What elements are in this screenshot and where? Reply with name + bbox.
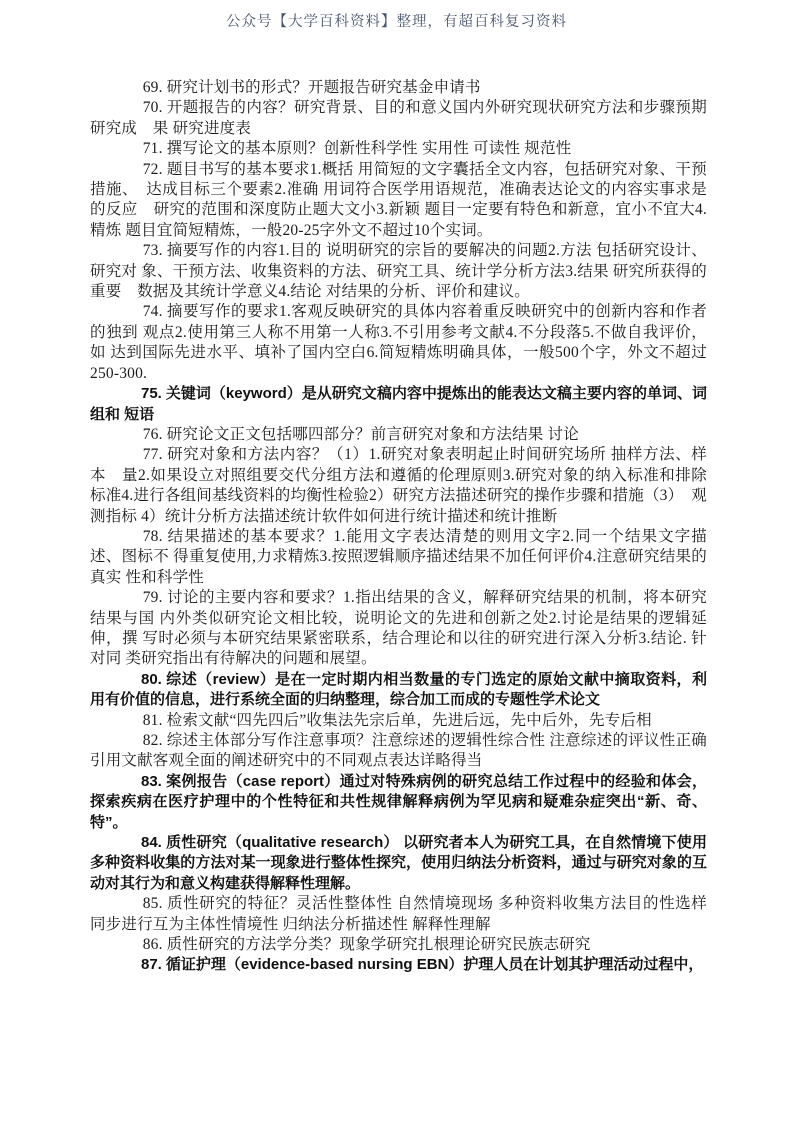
item-77: 77.研究对象和方法内容？（1）1.研究对象表明起止时间研究场所 抽样方法、样本…	[90, 445, 707, 527]
item-text: 案例报告（case report）通过对特殊病例的研究总结工作过程中的经验和体会…	[90, 773, 707, 831]
item-number: 74.	[143, 303, 167, 320]
item-number: 69.	[143, 79, 167, 96]
item-70: 70.开题报告的内容？研究背景、目的和意义国内外研究现状研究方法和步骤预期研究成…	[90, 98, 707, 139]
item-text: 循证护理（evidence-based nursing EBN）护理人员在计划其…	[166, 956, 704, 973]
item-text: 撰写论文的基本原则？创新性科学性 实用性 可读性 规范性	[167, 140, 572, 157]
item-text: 综述主体部分写作注意事项？注意综述的逻辑性综合性 注意综述的评议性正确引用文献客…	[90, 732, 707, 769]
item-number: 79.	[143, 589, 167, 606]
item-text: 开题报告的内容？研究背景、目的和意义国内外研究现状研究方法和步骤预期研究成 果 …	[90, 99, 707, 136]
item-number: 71.	[143, 140, 167, 157]
item-text: 题目书写的基本要求1.概括 用简短的文字囊括全文内容，包括研究对象、干预措施、 …	[90, 161, 723, 239]
item-79: 79.讨论的主要内容和要求？1.指出结果的含义，解释研究结果的机制，将本研究结果…	[90, 588, 707, 670]
item-number: 76.	[143, 426, 167, 443]
item-number: 81.	[143, 712, 167, 729]
item-text: 研究计划书的形式？开题报告研究基金申请书	[167, 79, 481, 96]
item-text: 质性研究的特征？灵活性整体性 自然情境现场 多种资料收集方法目的性选样 同步进行…	[90, 895, 707, 932]
item-72: 72.题目书写的基本要求1.概括 用简短的文字囊括全文内容，包括研究对象、干预措…	[90, 160, 707, 242]
item-75: 75.关键词（keyword）是从研究文稿内容中提炼出的能表达文稿主要内容的单词…	[90, 384, 707, 425]
page-header-watermark: 公众号【大学百科资料】整理，有超百科复习资料	[0, 0, 793, 31]
item-text: 关键词（keyword）是从研究文稿内容中提炼出的能表达文稿主要内容的单词、词组…	[90, 385, 707, 422]
item-text: 摘要写作的要求1.客观反映研究的具体内容着重反映研究中的创新内容和作者的独到 观…	[90, 303, 707, 381]
item-number: 84.	[141, 834, 166, 851]
item-text: 摘要写作的内容1.目的 说明研究的宗旨的要解决的问题2.方法 包括研究设计、研究…	[90, 242, 707, 300]
item-text: 综述（review）是在一定时期内相当数量的专门选定的原始文献中摘取资料，利用有…	[90, 671, 707, 708]
item-number: 82.	[143, 732, 167, 749]
item-76: 76.研究论文正文包括哪四部分？前言研究对象和方法结果 讨论	[90, 425, 707, 445]
item-number: 80.	[141, 671, 166, 688]
item-number: 73.	[143, 242, 167, 259]
item-85: 85.质性研究的特征？灵活性整体性 自然情境现场 多种资料收集方法目的性选样 同…	[90, 894, 707, 935]
item-text: 研究对象和方法内容？（1）1.研究对象表明起止时间研究场所 抽样方法、样本 量2…	[90, 446, 707, 524]
item-number: 70.	[143, 99, 167, 116]
item-78: 78.结果描述的基本要求？1.能用文字表达清楚的则用文字2.同一个结果文字描述、…	[90, 527, 707, 588]
item-number: 78.	[143, 528, 167, 545]
item-text: 质性研究的方法学分类？现象学研究扎根理论研究民族志研究	[167, 936, 591, 953]
item-number: 72.	[143, 161, 167, 178]
item-84: 84.质性研究（qualitative research） 以研究者本人为研究工…	[90, 833, 707, 894]
item-number: 77.	[143, 446, 167, 463]
item-number: 75.	[141, 385, 166, 402]
item-86: 86.质性研究的方法学分类？现象学研究扎根理论研究民族志研究	[90, 935, 707, 955]
item-number: 86.	[143, 936, 167, 953]
item-text: 检索文献“四先四后”收集法先宗后单，先进后远，先中后外，先专后相	[167, 712, 652, 729]
document-page: 公众号【大学百科资料】整理，有超百科复习资料 69.研究计划书的形式？开题报告研…	[0, 0, 793, 1122]
item-71: 71.撰写论文的基本原则？创新性科学性 实用性 可读性 规范性	[90, 139, 707, 159]
item-83: 83.案例报告（case report）通过对特殊病例的研究总结工作过程中的经验…	[90, 772, 707, 833]
item-74: 74.摘要写作的要求1.客观反映研究的具体内容着重反映研究中的创新内容和作者的独…	[90, 302, 707, 384]
item-73: 73.摘要写作的内容1.目的 说明研究的宗旨的要解决的问题2.方法 包括研究设计…	[90, 241, 707, 302]
item-text: 研究论文正文包括哪四部分？前言研究对象和方法结果 讨论	[167, 426, 579, 443]
item-82: 82.综述主体部分写作注意事项？注意综述的逻辑性综合性 注意综述的评议性正确引用…	[90, 731, 707, 772]
item-80: 80.综述（review）是在一定时期内相当数量的专门选定的原始文献中摘取资料，…	[90, 670, 707, 711]
item-87: 87.循证护理（evidence-based nursing EBN）护理人员在…	[90, 955, 707, 975]
item-number: 83.	[141, 773, 166, 790]
item-number: 87.	[141, 956, 166, 973]
item-text: 质性研究（qualitative research） 以研究者本人为研究工具，在…	[90, 834, 707, 892]
item-text: 结果描述的基本要求？1.能用文字表达清楚的则用文字2.同一个结果文字描述、图标不…	[90, 528, 707, 586]
item-69: 69.研究计划书的形式？开题报告研究基金申请书	[90, 78, 707, 98]
item-81: 81.检索文献“四先四后”收集法先宗后单，先进后远，先中后外，先专后相	[90, 711, 707, 731]
item-number: 85.	[143, 895, 167, 912]
document-body: 69.研究计划书的形式？开题报告研究基金申请书 70.开题报告的内容？研究背景、…	[90, 78, 707, 976]
item-text: 讨论的主要内容和要求？1.指出结果的含义，解释研究结果的机制，将本研究结果与国 …	[90, 589, 707, 667]
